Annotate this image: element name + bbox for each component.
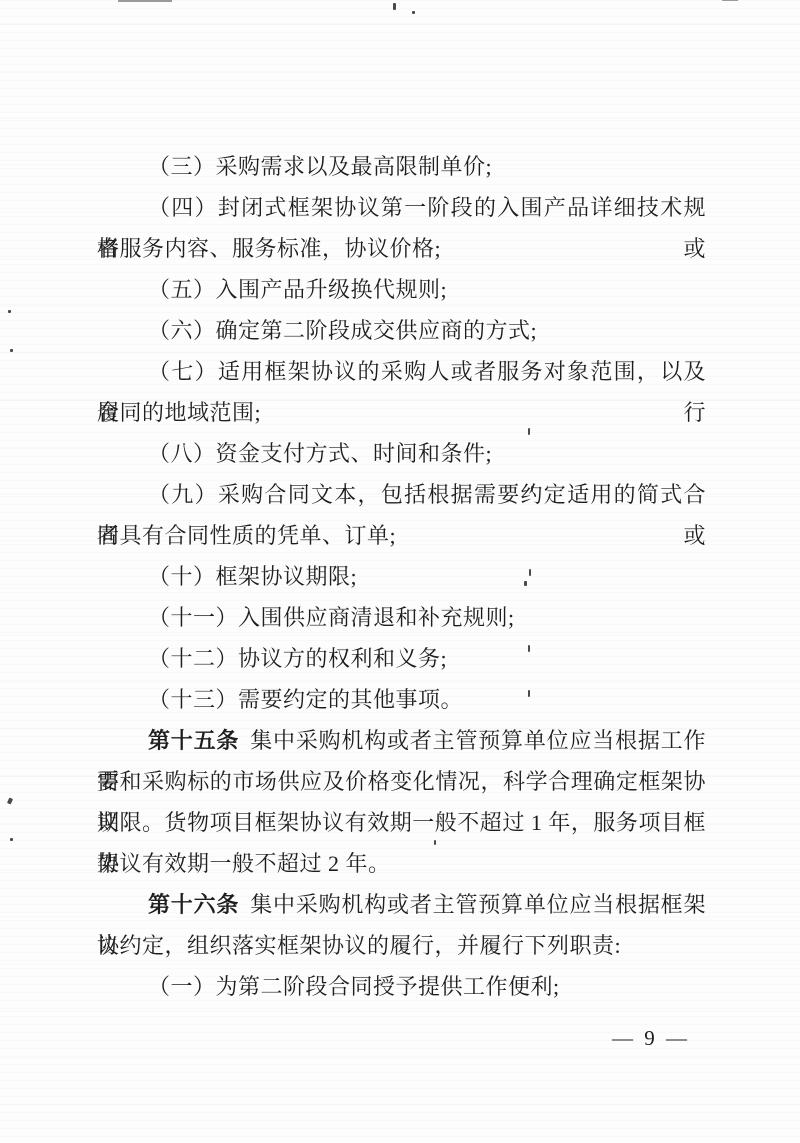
- paragraph-line: （七）适用框架协议的采购人或者服务对象范围，以及履行: [97, 351, 706, 392]
- paragraph-line: （六）确定第二阶段成交供应商的方式;: [97, 310, 706, 351]
- scan-artifact: [10, 838, 13, 841]
- scan-artifact: [10, 349, 13, 352]
- page-number: — 9 —: [612, 1024, 690, 1052]
- paragraph-line: （九）采购合同文本，包括根据需要约定适用的简式合同或: [97, 474, 706, 515]
- paragraph-line: （五）入围产品升级换代规则;: [97, 269, 706, 310]
- paragraph-line: （十）框架协议期限;: [97, 556, 706, 597]
- scan-artifact: [118, 0, 172, 2]
- paragraph-line: （三）采购需求以及最高限制单价;: [97, 146, 706, 187]
- paragraph-line: 协议有效期一般不超过 2 年。: [97, 843, 706, 884]
- scan-artifact: [8, 310, 11, 313]
- paragraph-line: （一）为第二阶段合同授予提供工作便利;: [97, 966, 706, 1007]
- scan-artifact: [722, 0, 738, 1]
- scan-artifact: [7, 797, 13, 804]
- document-body: （三）采购需求以及最高限制单价; （四）封闭式框架协议第一阶段的入围产品详细技术…: [97, 146, 706, 1007]
- paragraph-line: （十三）需要约定的其他事项。: [97, 679, 706, 720]
- paragraph-line article-16: 第十六条集中采购机构或者主管预算单位应当根据框架协: [97, 884, 706, 925]
- scan-artifact: [412, 11, 415, 14]
- paragraph-line: 议约定，组织落实框架协议的履行，并履行下列职责:: [97, 925, 706, 966]
- article-number-bold: 第十六条: [148, 892, 239, 917]
- paragraph-line: （十一）入围供应商清退和补充规则;: [97, 597, 706, 638]
- document-page: （三）采购需求以及最高限制单价; （四）封闭式框架协议第一阶段的入围产品详细技术…: [0, 0, 800, 1143]
- paragraph-line: （四）封闭式框架协议第一阶段的入围产品详细技术规格或: [97, 187, 706, 228]
- scan-artifact: [393, 3, 396, 10]
- paragraph-line: （十二）协议方的权利和义务;: [97, 638, 706, 679]
- paragraph-line: （八）资金支付方式、时间和条件;: [97, 433, 706, 474]
- paragraph-line article-15: 第十五条集中采购机构或者主管预算单位应当根据工作需: [97, 720, 706, 761]
- paragraph-line: 要和采购标的市场供应及价格变化情况，科学合理确定框架协议: [97, 761, 706, 802]
- article-number-bold: 第十五条: [148, 728, 239, 753]
- paragraph-line: 期限。货物项目框架协议有效期一般不超过 1 年，服务项目框架: [97, 802, 706, 843]
